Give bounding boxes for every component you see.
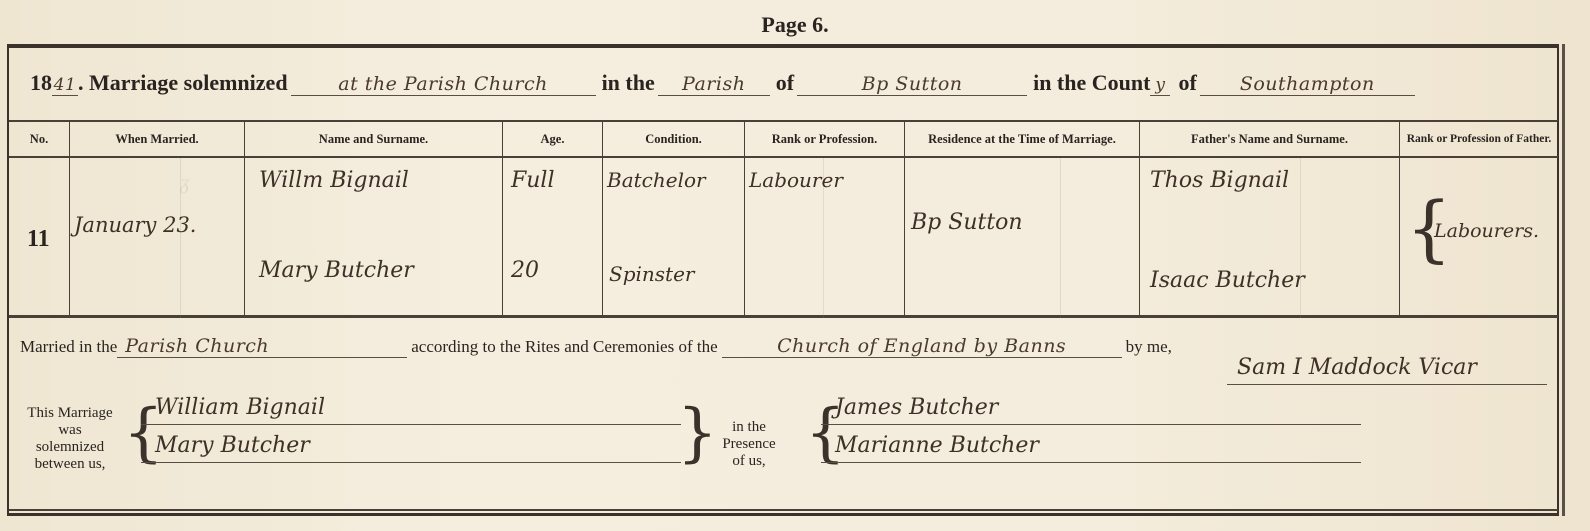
column-header: Residence at the Time of Marriage. (905, 122, 1139, 158)
year-prefix: 18 (30, 70, 52, 96)
marriage-date: January 23. (74, 213, 196, 237)
witness-signature-2: Marianne Butcher (821, 433, 1361, 463)
bottom-rule (9, 509, 1558, 511)
residence: Bp Sutton (911, 210, 1023, 235)
page-number: Page 6. (745, 12, 845, 38)
column-rank: Rank or Profession. Labourer (745, 122, 905, 315)
entry-header: 18 41 . Marriage solemnized at the Paris… (30, 70, 1415, 106)
column-father-rank: Rank or Profession of Father. { Labourer… (1400, 122, 1558, 315)
column-header: No. (9, 122, 69, 158)
place-field: at the Parish Church (291, 73, 596, 96)
groom-age: Full (511, 168, 555, 193)
groom-father-name: Thos Bignail (1150, 168, 1289, 193)
county-field: Southampton (1200, 73, 1415, 96)
bride-name: Mary Butcher (259, 258, 414, 283)
presence-label: in the Presence of us, (709, 419, 789, 470)
column-header: Rank or Profession of Father. (1400, 122, 1558, 158)
column-header: Rank or Profession. (745, 122, 904, 158)
married-in-label: Married in the (20, 337, 117, 357)
groom-rank: Labourer (749, 168, 843, 192)
column-no: No. 11 (9, 122, 70, 315)
year-suffix: 41 (52, 75, 78, 96)
column-age: Age. Full 20 (503, 122, 603, 315)
entry-number: 11 (27, 226, 50, 253)
married-in-line: Married in the Parish Church according t… (20, 335, 1172, 358)
column-condition: Condition. Batchelor Spinster (603, 122, 745, 315)
register-table: No. 11 When Married. January 23. Name an… (9, 120, 1558, 318)
groom-condition: Batchelor (607, 168, 706, 192)
according-label: according to the Rites and Ceremonies of… (411, 337, 717, 357)
party-signature-bride: Mary Butcher (141, 433, 681, 463)
county-suffix: y (1150, 75, 1170, 96)
district-field: Bp Sutton (797, 73, 1027, 96)
column-header: Condition. (603, 122, 744, 158)
column-header: Name and Surname. (245, 122, 502, 158)
marriage-solemnized-label: . Marriage solemnized (78, 70, 288, 96)
column-name: Name and Surname. Willm Bignail Mary But… (245, 122, 503, 315)
column-header: Age. (503, 122, 602, 158)
column-father-name: Father's Name and Surname. Thos Bignail … (1140, 122, 1400, 315)
married-in-field: Parish Church (117, 335, 407, 358)
county-label: in the Count (1033, 70, 1150, 96)
page-edge (1562, 44, 1565, 516)
in-the-label: in the (602, 70, 655, 96)
solemnization-section: Married in the Parish Church according t… (9, 321, 1558, 513)
district-type-field: Parish (658, 73, 770, 96)
bride-condition: Spinster (609, 262, 694, 286)
column-header: When Married. (70, 122, 244, 158)
fathers-rank: Labourers. (1434, 220, 1539, 242)
by-me-label: by me, (1126, 337, 1172, 357)
bride-father-name: Isaac Butcher (1150, 268, 1305, 293)
rites-field: Church of England by Banns (722, 335, 1122, 358)
column-residence: Residence at the Time of Marriage. Bp Su… (905, 122, 1140, 315)
party-signature-groom: William Bignail (141, 395, 681, 425)
groom-name: Willm Bignail (259, 168, 409, 193)
officiant-signature: Sam I Maddock Vicar (1227, 355, 1547, 385)
column-header: Father's Name and Surname. (1140, 122, 1399, 158)
witness-signature-1: James Butcher (821, 395, 1361, 425)
between-us-label: This Marriage was solemnized between us, (9, 405, 131, 473)
of-label: of (776, 70, 794, 96)
column-when-married: When Married. January 23. (70, 122, 245, 315)
bride-age: 20 (511, 258, 539, 283)
of-label-2: of (1178, 70, 1196, 96)
